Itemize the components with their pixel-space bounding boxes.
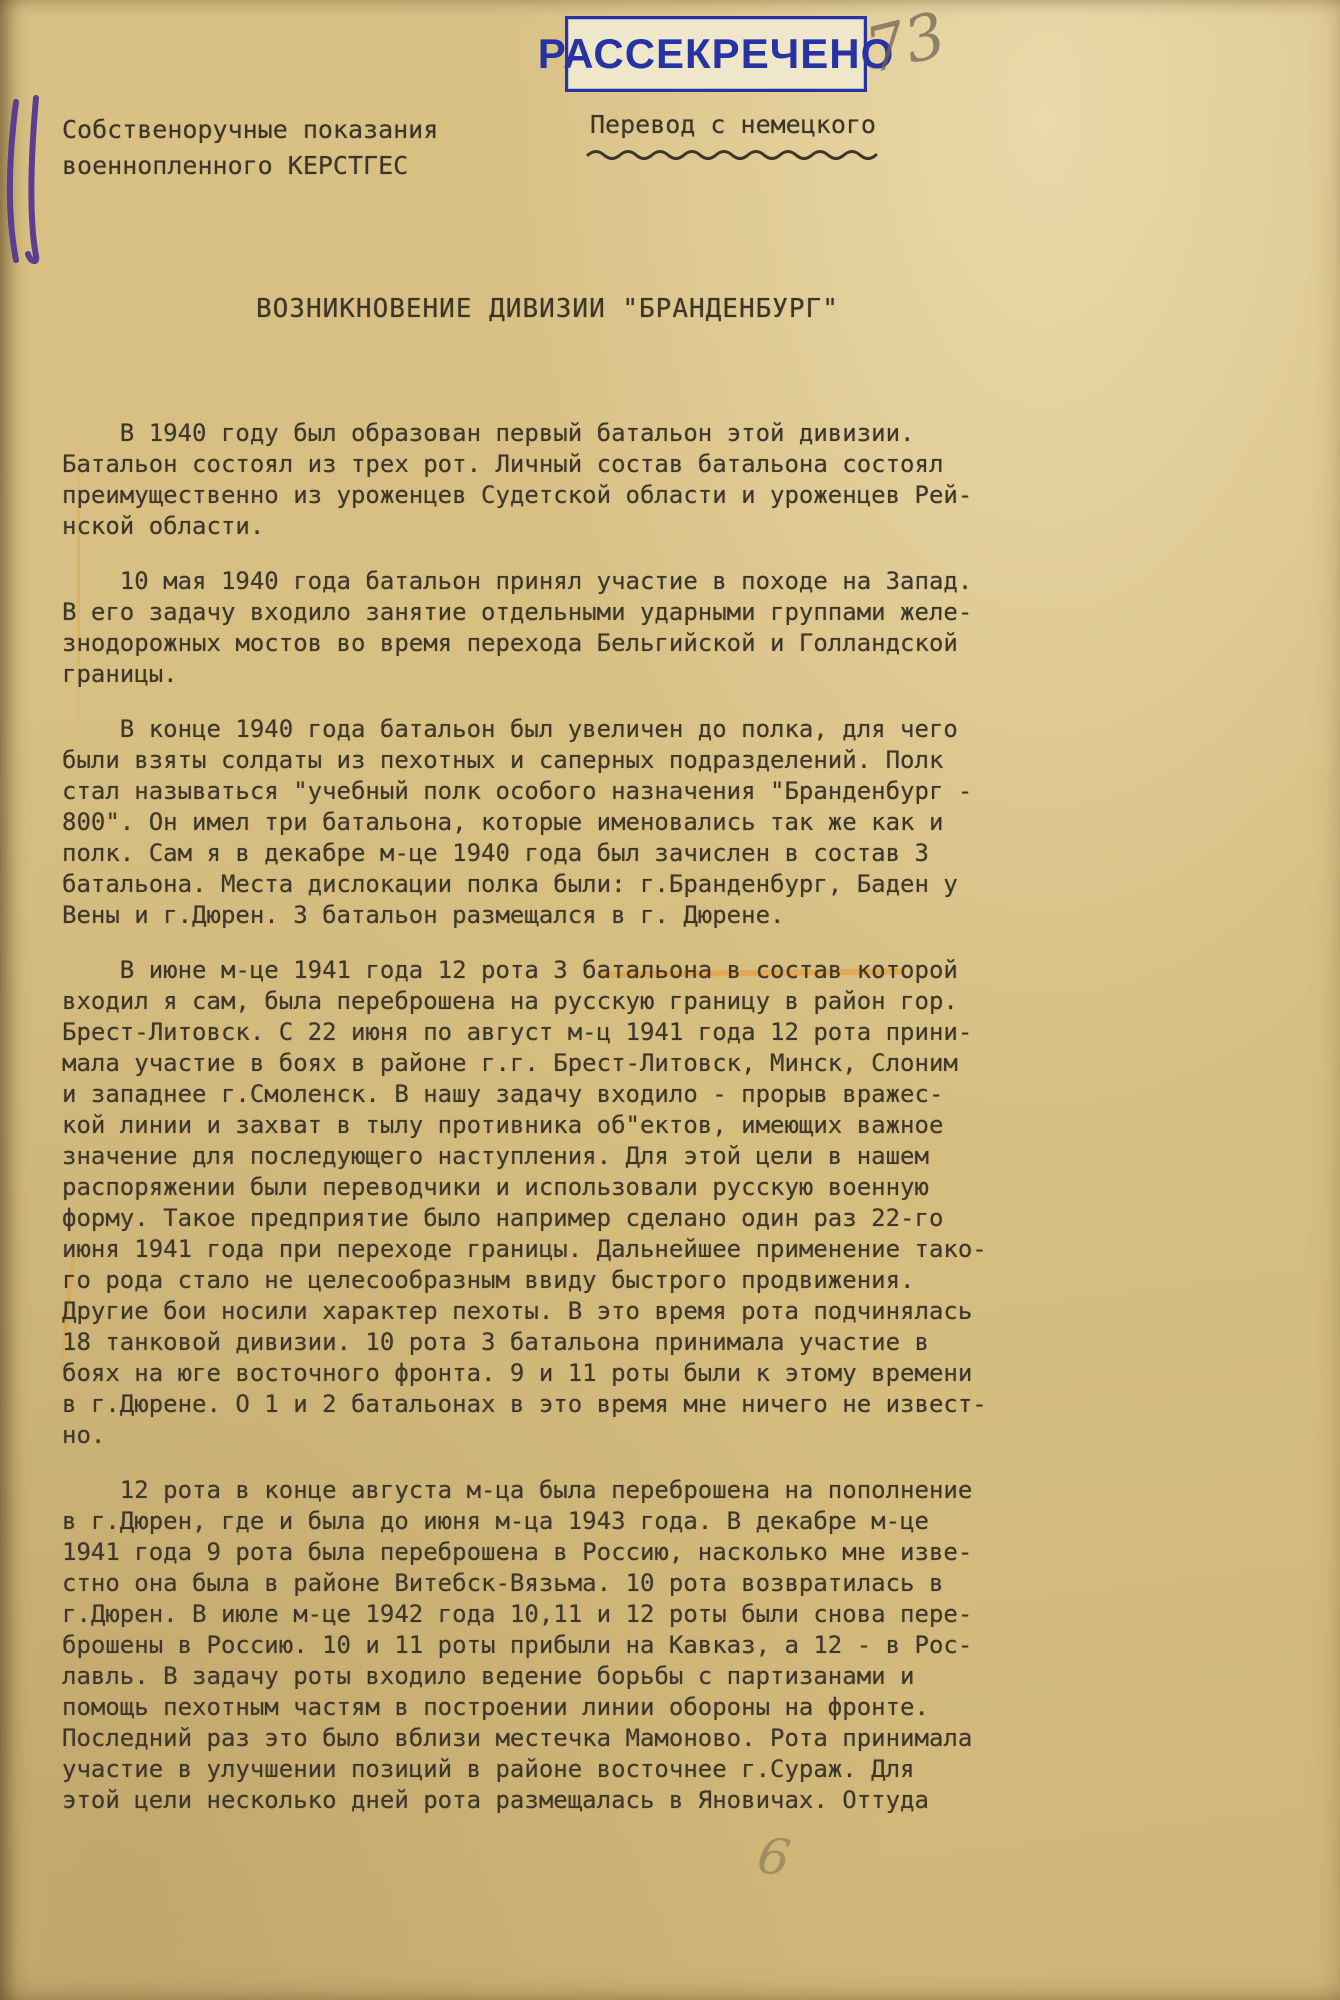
prisoner-testimony-caption: Собственоручные показания военнопленного… bbox=[62, 112, 438, 184]
paragraph-5: 12 рота в конце августа м-ца была перебр… bbox=[62, 1475, 1072, 1816]
translation-caption: Перевод с немецкого bbox=[590, 110, 876, 139]
document-body: В 1940 году был образован первый батальо… bbox=[62, 418, 1072, 1840]
document-title: ВОЗНИКНОВЕНИЕ ДИВИЗИИ "БРАНДЕНБУРГ" bbox=[256, 294, 839, 324]
paragraph-1: В 1940 году был образован первый батальо… bbox=[62, 418, 1072, 542]
wavy-underline bbox=[586, 146, 886, 165]
margin-pen-marks bbox=[2, 88, 62, 292]
paragraph-2: 10 мая 1940 года батальон принял участие… bbox=[62, 566, 1072, 690]
declassified-stamp: РАССЕКРЕЧЕНО bbox=[565, 16, 867, 92]
paragraph-3: В конце 1940 года батальон был увеличен … bbox=[62, 714, 1072, 931]
scanned-document-page: РАССЕКРЕЧЕНО 73 Собственоручные показани… bbox=[0, 0, 1340, 2000]
stamp-text: РАССЕКРЕЧЕНО bbox=[538, 30, 894, 78]
paragraph-4: В июне м-це 1941 года 12 рота 3 батальон… bbox=[62, 955, 1072, 1451]
